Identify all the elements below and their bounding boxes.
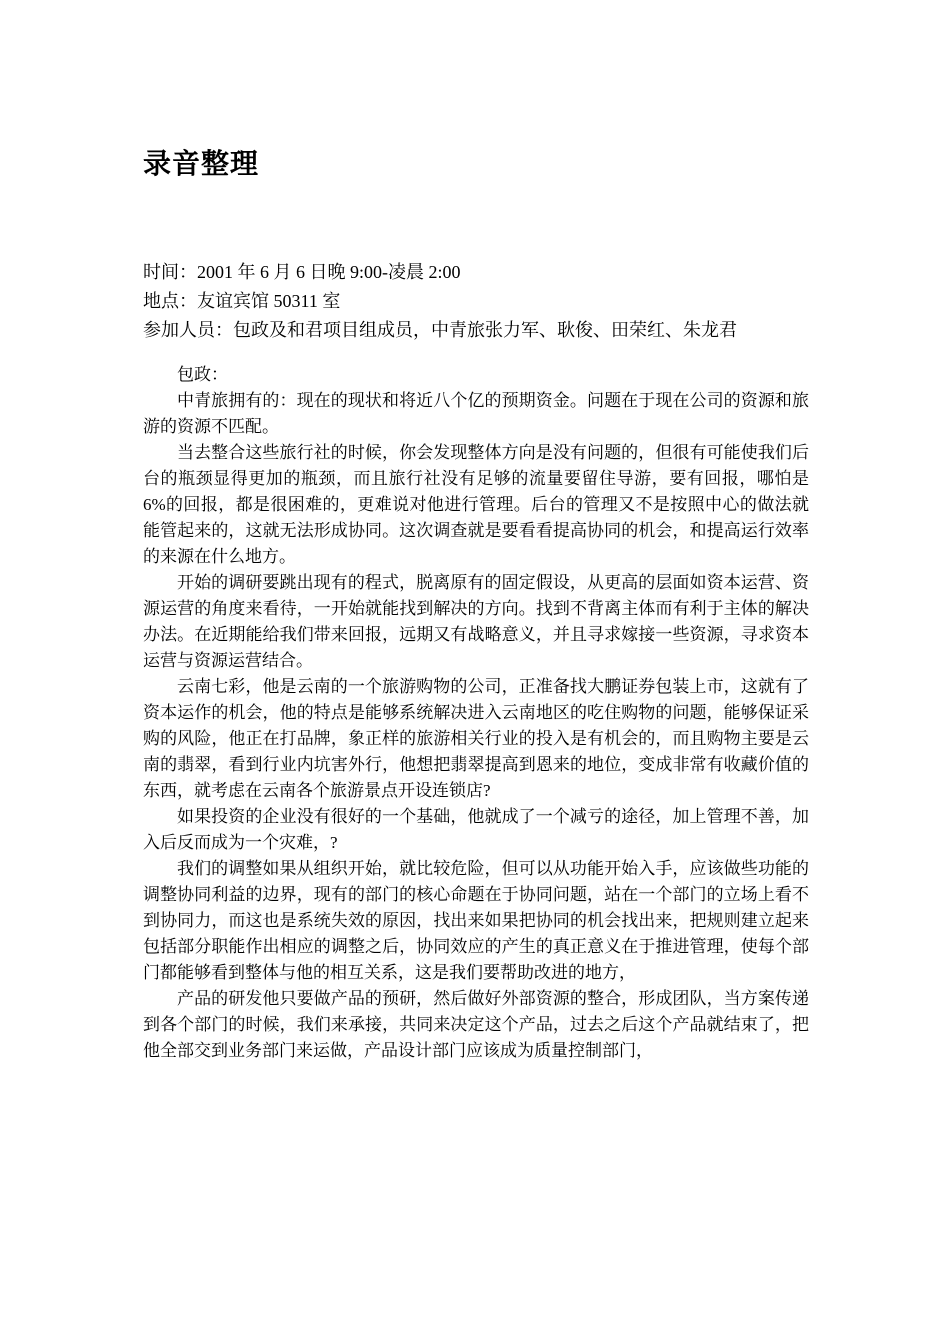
speaker-label: 包政： [143,362,809,388]
document-title: 录音整理 [143,146,809,182]
meta-time: 时间：2001 年 6 月 6 日晚 9:00-凌晨 2:00 [143,258,809,287]
paragraph-2: 当去整合这些旅行社的时候，你会发现整体方向是没有问题的，但很有可能使我们后台的瓶… [143,440,809,570]
paragraph-5: 如果投资的企业没有很好的一个基础，他就成了一个减亏的途径，加上管理不善，加入后反… [143,804,809,856]
meta-participants: 参加人员：包政及和君项目组成员，中青旅张力军、耿俊、田荣红、朱龙君 [143,316,809,345]
document-page: 录音整理 时间：2001 年 6 月 6 日晚 9:00-凌晨 2:00 地点：… [0,0,950,1344]
paragraph-7: 产品的研发他只要做产品的预研，然后做好外部资源的整合，形成团队，当方案传递到各个… [143,986,809,1064]
transcript-body: 包政： 中青旅拥有的：现在的现状和将近八个亿的预期资金。问题在于现在公司的资源和… [143,362,809,1064]
paragraph-4: 云南七彩，他是云南的一个旅游购物的公司，正准备找大鹏证券包装上市，这就有了资本运… [143,674,809,804]
meta-location: 地点：友谊宾馆 50311 室 [143,287,809,316]
paragraph-3: 开始的调研要跳出现有的程式，脱离原有的固定假设，从更高的层面如资本运营、资源运营… [143,570,809,674]
paragraph-1: 中青旅拥有的：现在的现状和将近八个亿的预期资金。问题在于现在公司的资源和旅游的资… [143,388,809,440]
meta-block: 时间：2001 年 6 月 6 日晚 9:00-凌晨 2:00 地点：友谊宾馆 … [143,258,809,345]
paragraph-6: 我们的调整如果从组织开始，就比较危险，但可以从功能开始入手，应该做些功能的调整协… [143,856,809,986]
